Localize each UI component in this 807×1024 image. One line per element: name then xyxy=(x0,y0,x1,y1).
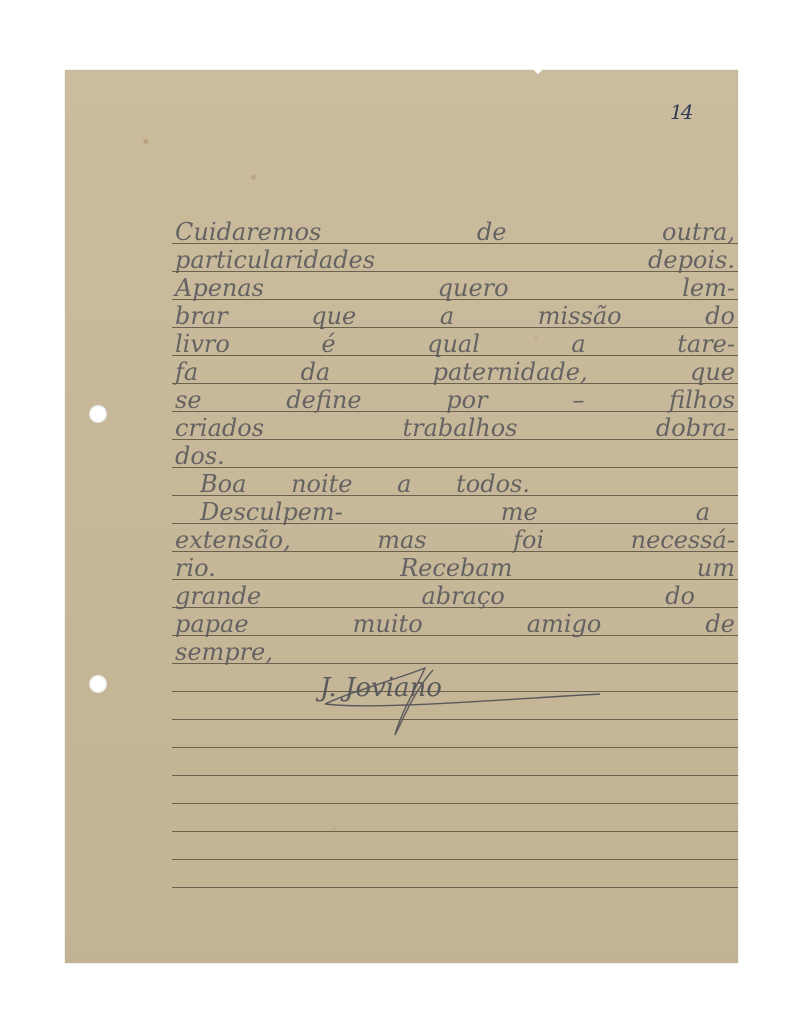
handwritten-line: Cuidaremos de outra, xyxy=(175,219,735,245)
word: extensão, xyxy=(175,527,291,553)
handwritten-line: Desculpem- me a xyxy=(200,499,710,525)
word: Cuidaremos xyxy=(175,219,321,245)
word: tare- xyxy=(677,331,735,357)
word: livro xyxy=(175,331,230,357)
word: foi xyxy=(513,527,544,553)
word: de xyxy=(477,219,507,245)
word: todos. xyxy=(456,471,530,497)
word: outra, xyxy=(662,219,735,245)
word: missão xyxy=(538,303,622,329)
word: que xyxy=(690,359,735,385)
ruled-line xyxy=(172,859,738,860)
word: qual xyxy=(427,331,480,357)
word: define xyxy=(286,387,361,413)
word: que xyxy=(311,303,356,329)
word: necessá- xyxy=(631,527,735,553)
word: muito xyxy=(353,611,423,637)
ruled-line xyxy=(172,775,738,776)
word: do xyxy=(705,303,735,329)
word: por xyxy=(446,387,487,413)
word: criados xyxy=(175,415,264,441)
word: paternidade, xyxy=(433,359,588,385)
word: Boa xyxy=(200,471,246,497)
word: Recebam xyxy=(400,555,512,581)
ruled-line xyxy=(172,803,738,804)
handwritten-line: extensão, mas foi necessá- xyxy=(175,527,735,553)
word: depois. xyxy=(648,247,735,273)
signature: J. Joviano xyxy=(320,673,442,703)
word: a xyxy=(571,331,585,357)
word: abraço xyxy=(422,583,505,609)
word: Desculpem- xyxy=(200,499,343,525)
word: papae xyxy=(175,611,249,637)
word: fa xyxy=(175,359,198,385)
word: – xyxy=(572,387,584,413)
handwritten-line: brar que a missão do xyxy=(175,303,735,329)
word: sempre, xyxy=(175,639,273,665)
ruled-line xyxy=(172,831,738,832)
word: se xyxy=(175,387,202,413)
word: da xyxy=(301,359,331,385)
handwritten-line: Apenas quero lem- xyxy=(175,275,735,301)
handwritten-line: fa da paternidade, que xyxy=(175,359,735,385)
word: mas xyxy=(377,527,426,553)
handwritten-line: particularidades depois. xyxy=(175,247,735,273)
word: Apenas xyxy=(175,275,264,301)
handwritten-line: dos. xyxy=(175,443,735,469)
handwritten-line: criados trabalhos dobra- xyxy=(175,415,735,441)
handwritten-line: livro é qual a tare- xyxy=(175,331,735,357)
word: amigo xyxy=(527,611,602,637)
word: trabalhos xyxy=(402,415,517,441)
word: noite xyxy=(291,471,352,497)
ruled-line xyxy=(172,887,738,888)
letter-page: 14 Cuidaremos de outra, particularidades… xyxy=(65,70,738,963)
word: é xyxy=(321,331,335,357)
word: do xyxy=(665,583,695,609)
word: filhos xyxy=(669,387,735,413)
word: a xyxy=(440,303,454,329)
word: dos. xyxy=(175,443,225,469)
word: lem- xyxy=(682,275,735,301)
word: me xyxy=(501,499,538,525)
handwritten-line: rio. Recebam um xyxy=(175,555,735,581)
handwritten-line: papae muito amigo de xyxy=(175,611,735,637)
word: grande xyxy=(175,583,261,609)
paper-notch xyxy=(534,66,542,74)
word: a xyxy=(397,471,411,497)
word: quero xyxy=(438,275,509,301)
word: rio. xyxy=(175,555,216,581)
punch-hole-top xyxy=(89,405,107,423)
word: a xyxy=(696,499,710,525)
word: um xyxy=(697,555,735,581)
punch-hole-bottom xyxy=(89,675,107,693)
handwritten-line: se define por – filhos xyxy=(175,387,735,413)
word: de xyxy=(705,611,735,637)
word: dobra- xyxy=(656,415,735,441)
word: particularidades xyxy=(175,247,375,273)
page-number: 14 xyxy=(670,100,691,124)
handwritten-line: Boa noite a todos. xyxy=(200,471,530,497)
word: brar xyxy=(175,303,228,329)
handwritten-line: grande abraço do xyxy=(175,583,695,609)
ruled-line xyxy=(172,747,738,748)
